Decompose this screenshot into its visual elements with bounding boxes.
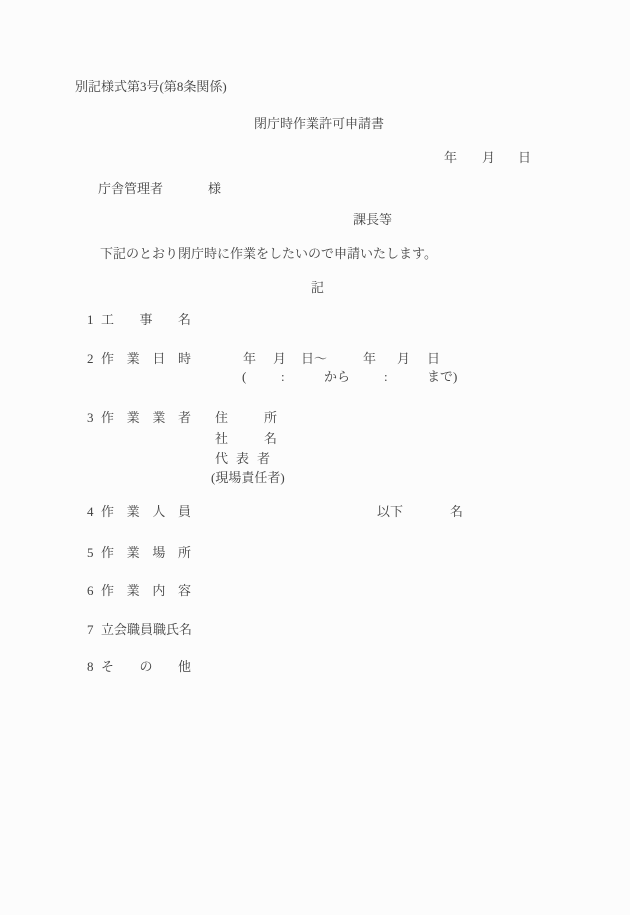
item1-label-construction-name: 工事名 [101, 313, 191, 327]
item3-address-label: 住所 [215, 411, 277, 425]
item8-label-other: その他 [101, 660, 191, 674]
item2-label-work-datetime: 作業日時 [101, 352, 191, 366]
item2-time-from-label: から [324, 370, 350, 384]
ki-marker: 記 [311, 281, 324, 295]
item7-label-witness-staff-name: 立会職員職氏名 [101, 623, 191, 637]
item2-time-until-label: まで) [427, 370, 457, 384]
item4-person-counter-label: 名 [450, 505, 463, 519]
item4-below-label: 以下 [377, 505, 403, 519]
addressee-name: 庁舎管理者 [98, 182, 163, 196]
item2-end-day-label: 日 [427, 352, 440, 366]
item2-start-day-label: 日～ [301, 352, 327, 366]
item7-number: 7 [87, 623, 94, 637]
item2-time-open-paren: ( [242, 370, 246, 384]
date-month-label: 月 [482, 151, 495, 165]
item6-label-work-content: 作業内容 [101, 584, 191, 598]
item8-number: 8 [87, 660, 94, 674]
addressee-honorific: 様 [208, 182, 221, 196]
item3-company-name-label: 社名 [215, 432, 277, 446]
page-title: 閉庁時作業許可申請書 [254, 117, 384, 131]
item2-end-year-label: 年 [363, 352, 376, 366]
item6-number: 6 [87, 584, 94, 598]
item5-label-work-place: 作業場所 [101, 546, 191, 560]
item4-label-workers: 作業人員 [101, 505, 191, 519]
item2-start-month-label: 月 [273, 352, 286, 366]
item2-number: 2 [87, 352, 94, 366]
date-year-label: 年 [444, 151, 457, 165]
application-form-page: 別記様式第3号(第8条関係) 閉庁時作業許可申請書 年 月 日 庁舎管理者 様 … [0, 0, 630, 915]
item2-time-colon-start: : [281, 370, 285, 384]
item5-number: 5 [87, 546, 94, 560]
item3-representative-label: 代表者 [215, 452, 270, 466]
application-statement: 下記のとおり閉庁時に作業をしたいので申請いたします。 [100, 247, 437, 261]
item2-start-year-label: 年 [243, 352, 256, 366]
item3-label-contractor: 作業業者 [101, 411, 191, 425]
item2-end-month-label: 月 [397, 352, 410, 366]
date-day-label: 日 [518, 151, 531, 165]
item2-time-colon-end: : [384, 370, 388, 384]
item4-number: 4 [87, 505, 94, 519]
item3-site-manager-label: (現場責任者) [211, 471, 285, 485]
sender-title: 課長等 [353, 213, 392, 227]
item1-number: 1 [87, 313, 94, 327]
form-number: 別記様式第3号(第8条関係) [75, 80, 227, 94]
item3-number: 3 [87, 411, 94, 425]
